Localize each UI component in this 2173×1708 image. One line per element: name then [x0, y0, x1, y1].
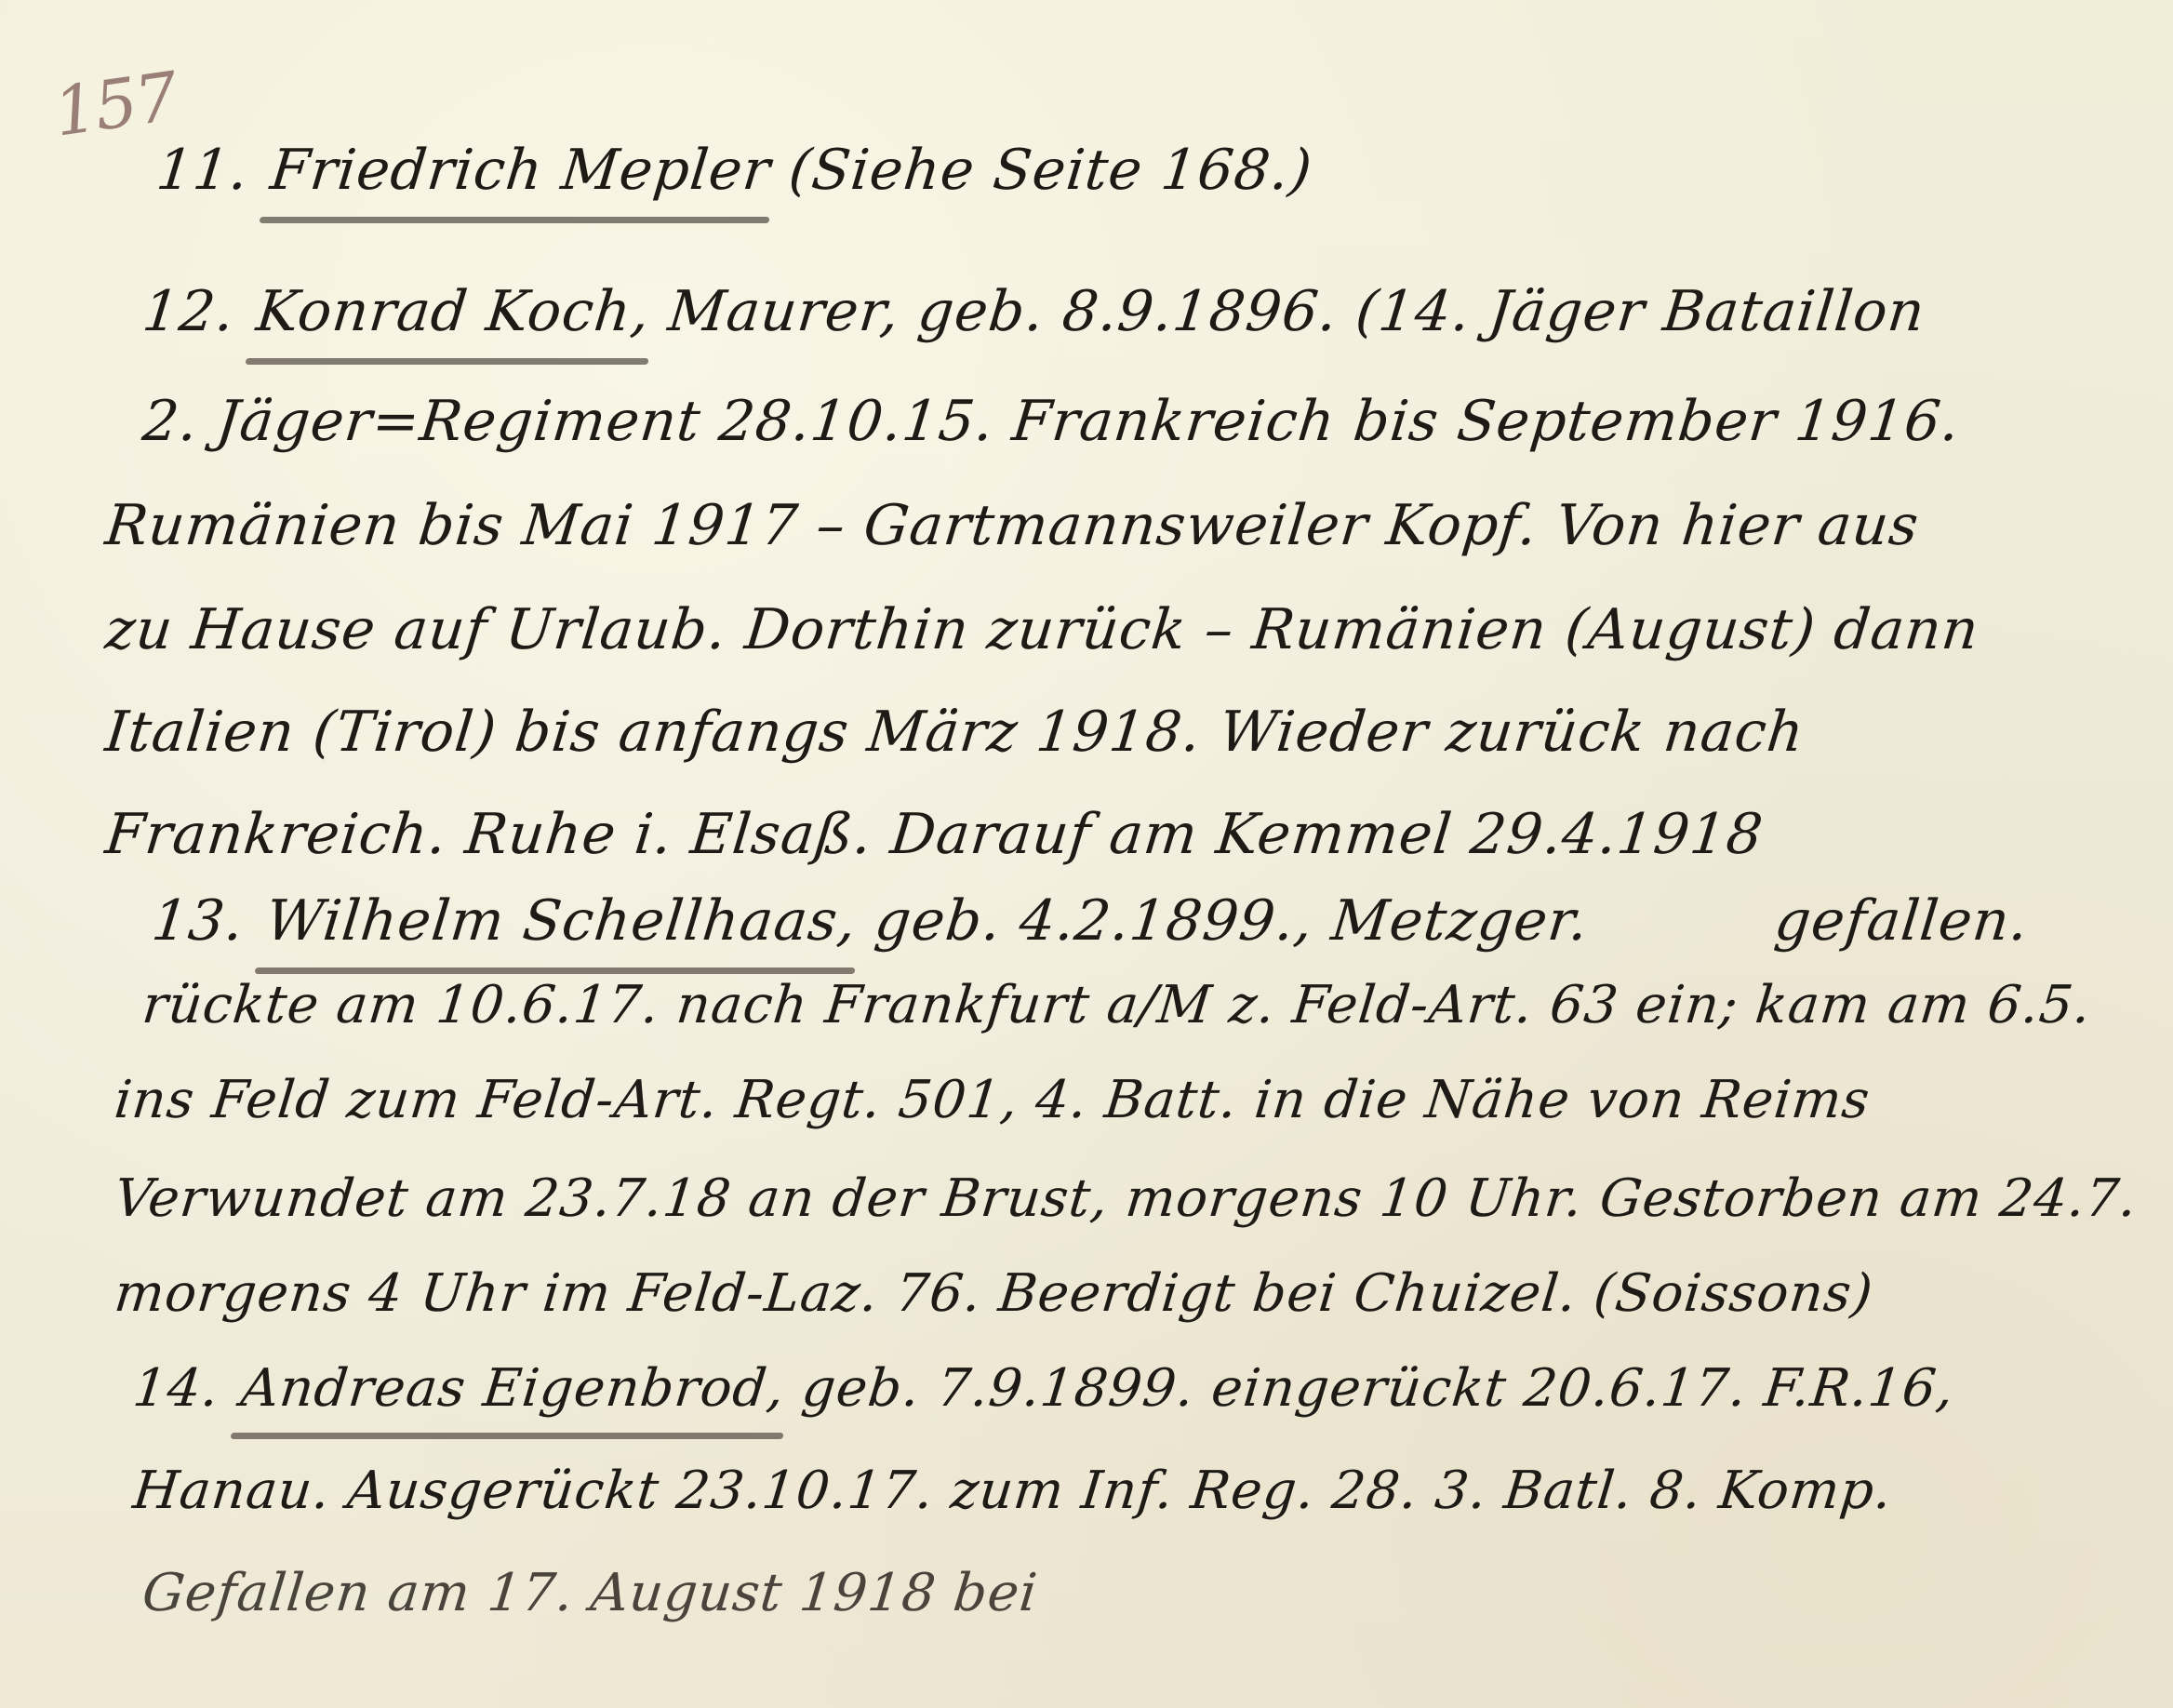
entry-text: zu Hause auf Urlaub. Dorthin zurück – Ru… — [102, 597, 1982, 662]
entry-text: Gefallen am 17. August 1918 bei — [140, 1563, 1040, 1623]
entry-text: Hanau. Ausgerückt 23.10.17. zum Inf. Reg… — [130, 1461, 1895, 1521]
entry-14-continuation: Hanau. Ausgerückt 23.10.17. zum Inf. Reg… — [130, 1461, 1895, 1521]
entry-13-continuation: morgens 4 Uhr im Feld-Laz. 76. Beerdigt … — [112, 1263, 1876, 1324]
document-page: 157 11.Friedrich Mepler (Siehe Seite 168… — [0, 0, 2173, 1708]
entry-text: Italien (Tirol) bis anfangs März 1918. W… — [102, 700, 1807, 765]
entry-11-line: 11.Friedrich Mepler (Siehe Seite 168.) — [153, 138, 1315, 203]
entry-number: 13. — [149, 888, 247, 954]
entry-14-continuation: Gefallen am 17. August 1918 bei — [140, 1563, 1040, 1623]
entry-text: Verwundet am 23.7.18 an der Brust, morge… — [112, 1168, 2140, 1229]
entry-12-continuation: Italien (Tirol) bis anfangs März 1918. W… — [102, 700, 1807, 765]
entry-13-continuation: ins Feld zum Feld-Art. Regt. 501, 4. Bat… — [112, 1070, 1873, 1130]
entry-text: Maurer, geb. 8.9.1896. (14. Jäger Batail… — [665, 279, 1928, 344]
person-name: Andreas Eigenbrod, — [238, 1358, 788, 1419]
entry-text: (Siehe Seite 168.) — [786, 138, 1315, 203]
entry-13-continuation: rückte am 10.6.17. nach Frankfurt a/M z.… — [140, 975, 2094, 1035]
entry-text: morgens 4 Uhr im Feld-Laz. 76. Beerdigt … — [112, 1263, 1876, 1324]
entry-13-continuation: Verwundet am 23.7.18 an der Brust, morge… — [112, 1168, 2140, 1229]
entry-12-continuation: zu Hause auf Urlaub. Dorthin zurück – Ru… — [102, 597, 1982, 662]
person-name: Friedrich Mepler — [267, 138, 774, 203]
entry-text: Rumänien bis Mai 1917 – Gartmannsweiler … — [102, 493, 1922, 558]
entry-text: rückte am 10.6.17. nach Frankfurt a/M z.… — [140, 975, 2094, 1035]
entry-12-continuation: Frankreich. Ruhe i. Elsaß. Darauf am Kem… — [102, 802, 1766, 867]
entry-13-line: 13.Wilhelm Schellhaas, geb. 4.2.1899., M… — [149, 888, 2032, 954]
entry-number: 14. — [130, 1358, 222, 1419]
entry-text: Frankreich. Ruhe i. Elsaß. Darauf am Kem… — [102, 802, 1766, 867]
entry-14-line: 14.Andreas Eigenbrod, geb. 7.9.1899. ein… — [130, 1358, 1957, 1419]
entry-text: geb. 7.9.1899. eingerückt 20.6.17. F.R.1… — [799, 1358, 1957, 1419]
entry-12-continuation: Rumänien bis Mai 1917 – Gartmannsweiler … — [102, 493, 1922, 558]
entry-12-continuation: 2. Jäger=Regiment 28.10.15. Frankreich b… — [140, 389, 1963, 454]
entry-12-line: 12.Konrad Koch, Maurer, geb. 8.9.1896. (… — [140, 279, 1928, 344]
person-name: Konrad Koch, — [253, 279, 653, 344]
entry-number: 11. — [153, 138, 252, 203]
person-name: Wilhelm Schellhaas, — [262, 888, 860, 954]
entry-text: 2. Jäger=Regiment 28.10.15. Frankreich b… — [140, 389, 1963, 454]
entry-text: geb. 4.2.1899., Metzger. gefallen. — [872, 888, 2032, 954]
entry-number: 12. — [140, 279, 238, 344]
entry-text: ins Feld zum Feld-Art. Regt. 501, 4. Bat… — [112, 1070, 1873, 1130]
